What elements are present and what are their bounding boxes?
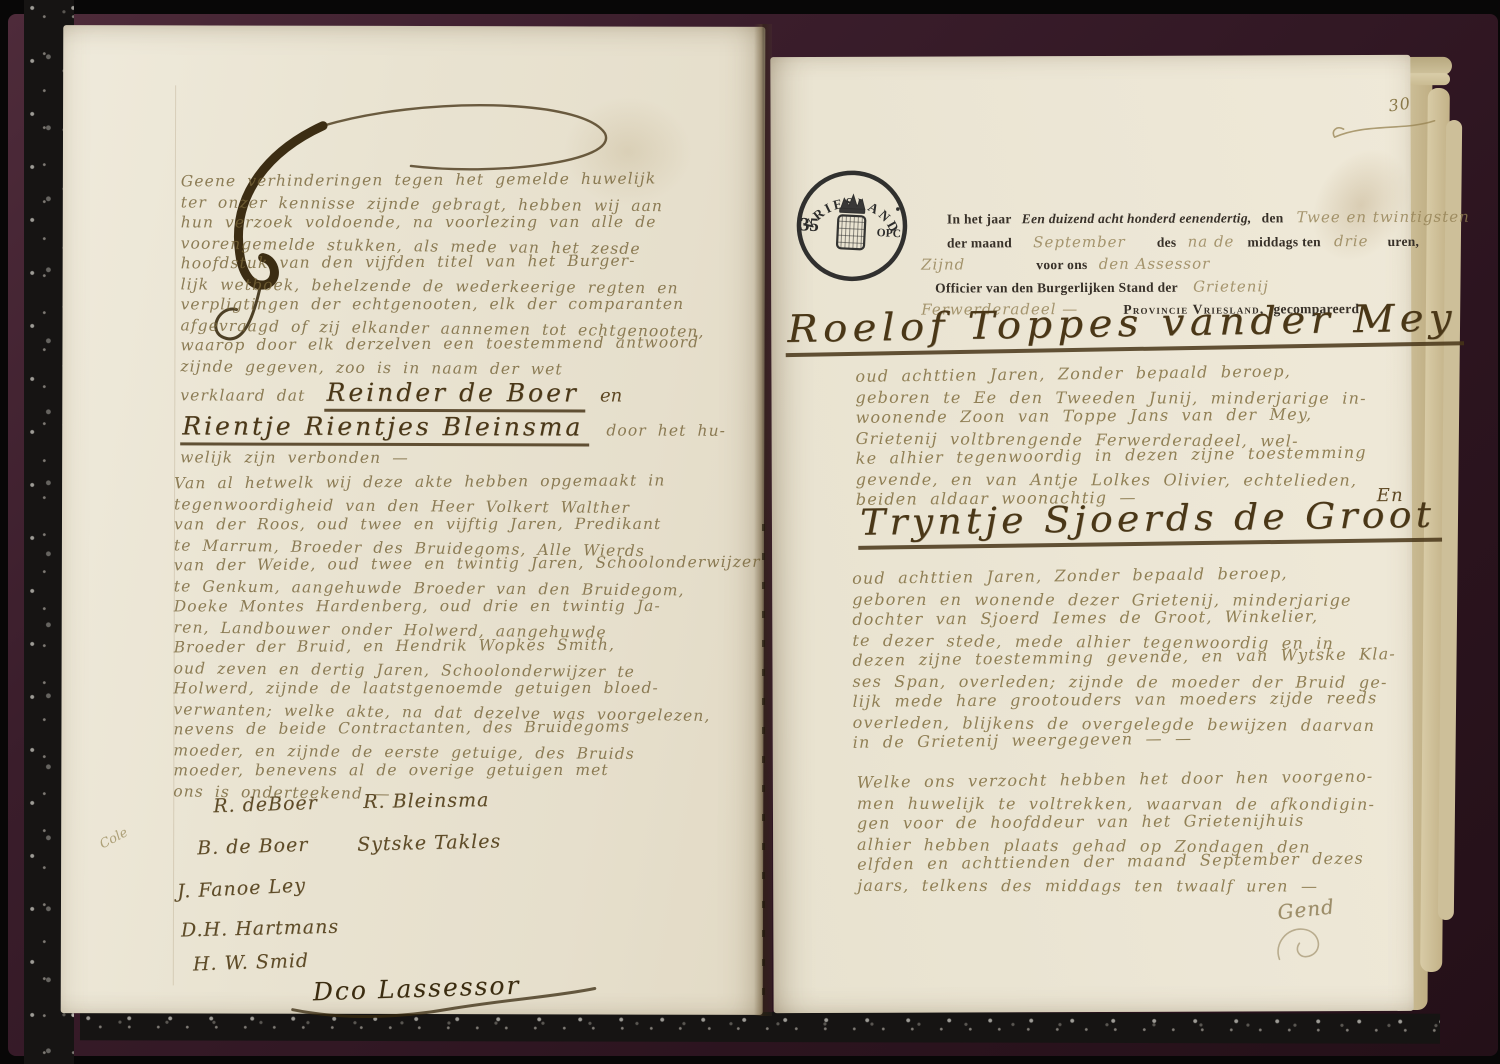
handwriting-line: gen voor de hoofddeur van het Grietenijh… xyxy=(857,810,1405,834)
handwriting-line: Doeke Montes Hardenberg, oud drie en twi… xyxy=(174,596,754,617)
handwritten-fill: drie xyxy=(1334,232,1369,250)
handwriting-line: hun verzoek voldoende, na voorlezing van… xyxy=(181,212,753,233)
right-page: 30 VRIESLAND 35 OPC xyxy=(770,55,1413,1013)
form-print-text: des xyxy=(1157,235,1177,250)
handwritten-fill: September xyxy=(1033,233,1126,251)
handwritten-paragraph: oud achttien Jaren, Zonder bepaald beroe… xyxy=(855,365,1403,510)
handwriting-line: nevens de beide Contractanten, des Bruid… xyxy=(173,716,753,740)
handwriting-line: Broeder der Bruid, en Hendrik Wopkes Smi… xyxy=(174,634,754,658)
signature: R. deBoer xyxy=(213,792,318,817)
form-print-text: uren, xyxy=(1388,234,1420,249)
handwriting-line: moeder, benevens al de overige getuigen … xyxy=(173,760,753,781)
spouse-name-row: verklaard dat Reinder de Boer en xyxy=(180,377,622,407)
register-book-photo: Geene verhinderingen tegen het gemelde h… xyxy=(0,0,1500,1064)
handwritten-fill: Twee en twintigsten xyxy=(1297,208,1470,227)
bride-name-left-page: Rientje Rientjes Bleinsma xyxy=(180,411,589,446)
book-gutter xyxy=(754,24,772,1016)
signature: D.H. Hartmans xyxy=(181,916,340,942)
handwriting-line: waarop door elk derzelven een toestemmen… xyxy=(180,332,752,356)
form-print-text: middags ten xyxy=(1247,234,1320,249)
handwriting-line: dochter van Sjoerd Iemes de Groot, Winke… xyxy=(852,606,1404,630)
handwriting-line: Welke ons verzocht hebben het door hen v… xyxy=(857,766,1405,793)
signature: J. Fanoe Ley xyxy=(177,874,307,902)
left-page: Geene verhinderingen tegen het gemelde h… xyxy=(61,25,766,1015)
form-line: Officier van den Burgerlijken Stand der … xyxy=(935,276,1269,296)
handwriting-line: Van al hetwelk wij deze akte hebben opge… xyxy=(174,470,754,494)
page-number: 30 xyxy=(1387,93,1412,115)
handwriting-line: lijk mede hare grootouders van moeders z… xyxy=(853,688,1405,712)
handwriting-line: hoofdstuk van den vijfden titel van het … xyxy=(181,250,753,274)
form-print-text: Officier van den Burgerlijken Stand der xyxy=(935,280,1178,296)
vow-prefix: verklaard dat xyxy=(180,386,305,404)
handwriting-line: oud achttien Jaren, Zonder bepaald beroe… xyxy=(852,562,1404,589)
handwritten-paragraph: Van al hetwelk wij deze akte hebben opge… xyxy=(173,473,754,803)
groom-name-text: Roelof Toppes vander Mey xyxy=(785,295,1464,357)
signature: B. de Boer xyxy=(197,834,309,860)
handwriting-line: door het hu- xyxy=(606,422,726,440)
signature: H. W. Smid xyxy=(193,950,310,976)
form-print-text: den xyxy=(1262,210,1284,225)
form-line: Zijnd voor ons den Assessor xyxy=(921,254,1210,274)
handwriting-line: verpligtingen der echtgenooten, elk der … xyxy=(181,294,753,315)
form-print-text: der maand xyxy=(947,235,1012,250)
handwriting-line: van der Weide, oud twee en twintig Jaren… xyxy=(174,552,754,576)
margin-note: Cole xyxy=(97,825,130,852)
handwritten-paragraph: Geene verhinderingen tegen het gemelde h… xyxy=(180,171,753,377)
officiant-signature-flourish xyxy=(1271,917,1331,969)
handwritten-paragraph: welijk zijn verbonden — xyxy=(180,447,409,468)
stamp-value: 35 xyxy=(799,214,819,236)
stamp-shield-icon xyxy=(837,215,866,249)
handwriting-line: van der Roos, oud twee en vijftig Jaren,… xyxy=(174,514,754,535)
handwritten-fill: na de xyxy=(1188,233,1235,251)
tax-stamp: VRIESLAND 35 OPC xyxy=(790,166,914,288)
form-print-text: voor ons xyxy=(1036,257,1087,272)
handwriting-line: woonende Zoon van Toppe Jans van der Mey… xyxy=(856,404,1404,428)
handwritten-fill: Zijnd xyxy=(921,255,965,273)
age-stain xyxy=(1292,131,1430,280)
form-line: der maand September des na de middags te… xyxy=(947,231,1419,252)
handwritten-paragraph: Welke ons verzocht hebben het door hen v… xyxy=(857,771,1405,896)
spouse-name-row: Rientje Rientjes Bleinsma door het hu- xyxy=(180,411,726,441)
page-number-flourish xyxy=(1331,117,1441,143)
handwriting-line: oud achttien Jaren, Zonder bepaald beroe… xyxy=(855,360,1403,387)
handwriting-line: Holwerd, zijnde de laatstgenoemde getuig… xyxy=(174,678,754,699)
groom-name: Roelof Toppes vander Mey xyxy=(785,295,1464,351)
signature: R. Bleinsma xyxy=(363,789,489,813)
form-print-text: In het jaar xyxy=(947,211,1012,226)
handwriting-line: welijk zijn verbonden — xyxy=(180,447,409,468)
bride-name-text: Tryntje Sjoerds de Groot xyxy=(858,495,1442,550)
stamp-suffix: OPC xyxy=(876,227,901,240)
form-line: In het jaar Een duizend acht honderd een… xyxy=(947,207,1470,228)
handwritten-fill: Grietenij xyxy=(1193,277,1269,295)
form-print-text: Een duizend acht honderd eenendertig, xyxy=(1022,210,1252,226)
groom-name-left-page: Reinder de Boer xyxy=(325,378,585,413)
bride-name: Tryntje Sjoerds de Groot xyxy=(858,495,1442,544)
handwritten-fill: den Assessor xyxy=(1099,255,1211,273)
signature: Sytske Takles xyxy=(357,830,502,855)
handwritten-paragraph: oud achttien Jaren, Zonder bepaald beroe… xyxy=(852,567,1405,753)
binding-stitches xyxy=(762,524,765,1004)
name-connector: en xyxy=(600,385,622,406)
handwriting-line: Geene verhinderingen tegen het gemelde h… xyxy=(181,168,753,192)
handwriting-line: jaars, telkens des middags ten twaalf ur… xyxy=(857,875,1405,896)
